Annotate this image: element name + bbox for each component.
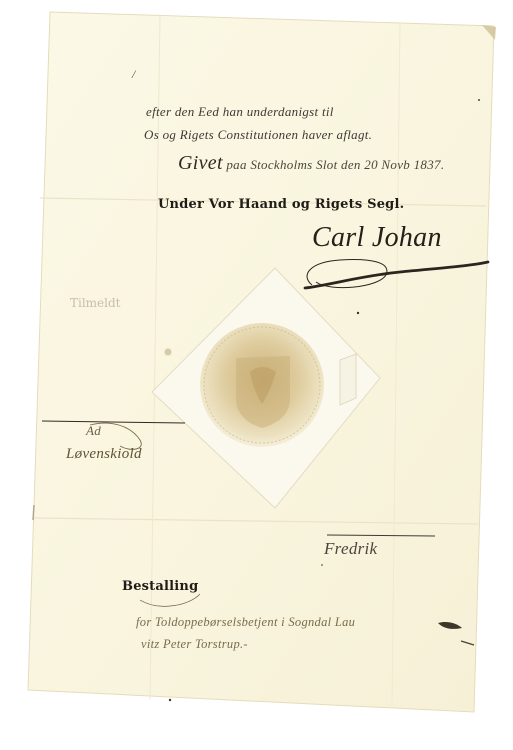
faint-stamp: Tilmeldt [70,296,121,310]
royal-signature: Carl Johan [312,222,442,254]
countersignature-right: Fredrik [324,539,377,559]
given-place-date: paa Stockholms Slot den 20 Novb 1837. [226,157,444,172]
addressee-line-1: for Toldoppebørselsbetjent i Sogndal Lau [136,615,355,630]
seal-formula: Under Vor Haand og Rigets Segl. [158,197,404,212]
document-scan: / efter den Eed han underdanigst til Os … [0,0,513,750]
body-line-1: efter den Eed han underdanigst til [146,104,334,120]
document-title: Bestalling [122,579,198,594]
body-line-2: Os og Rigets Constitutionen haver aflagt… [144,127,372,143]
page-mark: / [132,67,136,82]
countersignature-left: Løvenskiold [66,446,142,463]
addressee-line-2: vitz Peter Torstrup.- [141,637,248,652]
given-line: Givet paa Stockholms Slot den 20 Novb 18… [178,152,444,175]
countersignature-initial: Ad [86,423,101,439]
given-prefix: Givet [178,152,223,174]
